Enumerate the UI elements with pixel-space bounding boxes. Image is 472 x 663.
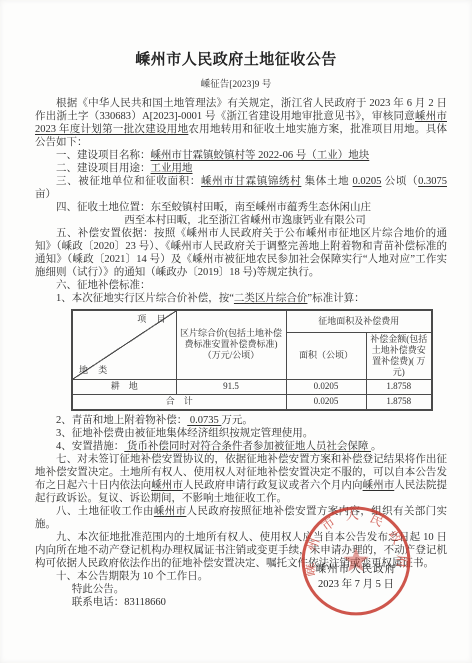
text-run: 。 [371, 441, 382, 452]
paragraph: 五、补偿安置依据：按照《嵊州市人民政府关于公布嵊州市征地区片综合地价的通知》（嵊… [35, 227, 447, 279]
underlined-text: 0.0735 [187, 415, 221, 426]
text-run: 一、建设项目名称： [56, 150, 151, 161]
announcement-document: 嵊州市人民政府土地征收公告 嵊征告[2023]9 号 根据《中华人民共和国土地管… [0, 0, 472, 663]
text-run: 集体土地 [301, 176, 352, 187]
total-area: 0.0205 [286, 394, 366, 410]
paragraph: 六、征地补偿标准： [35, 279, 447, 292]
document-title: 嵊州市人民政府土地征收公告 [0, 0, 472, 69]
paragraph: 3、征地补偿费由被征地集体经济组织按规定管理使用。 [35, 427, 447, 440]
corner-label-project: 项 目 [137, 314, 169, 325]
text-run: 十、本公告期限为 10 个工作日。 [56, 571, 208, 582]
signature-authority: 嵊州市人民政府 [276, 561, 436, 576]
text-run: 联系电话：83118660 [72, 597, 166, 608]
text-run: 四、征收土地位置：东至蛟镇村田畈，南至嵊州市蕴秀生态休闲山庄 [56, 202, 371, 213]
underlined-text: 嵊州市甘霖镇锦绣村 [201, 176, 301, 187]
cell-price: 91.5 [176, 379, 286, 394]
text-run: 亩） [35, 189, 56, 200]
total-amount: 1.8758 [366, 394, 432, 410]
underlined-text: 二类区片综合价 [234, 293, 308, 304]
cell-amount: 1.8758 [366, 379, 432, 394]
paragraph: 四、征收土地位置：东至蛟镇村田畈，南至嵊州市蕴秀生态休闲山庄 [35, 201, 447, 214]
total-label: 合 计 [72, 394, 286, 410]
cell-area: 0.0205 [286, 379, 366, 394]
paragraph: 4、安置措施： 货币补偿同时对符合条件者参加被征地人员社会保障 。 [35, 440, 447, 453]
table-row: 耕 地 91.5 0.0205 1.8758 [72, 379, 432, 394]
underlined-text: 嵊州市 [151, 480, 183, 491]
corner-label-landtype: 地 类 [79, 365, 111, 376]
table-corner-cell: 项 目 地 类 [72, 310, 176, 379]
underlined-text: 嵊州市 [363, 480, 395, 491]
text-run: 五、补偿安置依据：按照《嵊州市人民政府关于公布嵊州市征地区片综合地价的通知》（嵊… [35, 228, 447, 278]
paragraph: 1、本次征地实行区片综合价补偿，按“二类区片综合价”标准计算： [35, 292, 447, 305]
text-run: 3、征地补偿费由被征地集体经济组织按规定管理使用。 [56, 428, 313, 439]
underlined-text: 工业用地 [151, 163, 193, 174]
underlined-text: 货币补偿同时对符合条件者参加被征地人员社会保障 [124, 441, 371, 452]
area-column-header: 面积（公顷） [286, 332, 366, 379]
amount-column-header: 补偿金额(包括土地补偿费安置补偿费)( 万元) [366, 332, 432, 379]
text-run: 人民政府申请行政复议或者六个月内向 [183, 480, 363, 491]
paragraph: 二、建设项目用途：工业用地 [35, 162, 447, 175]
text-run: 三、被征地单位和征收面积： [56, 176, 201, 187]
text-run: 1、本次征地实行区片综合价补偿，按“ [56, 293, 234, 304]
text-run: 西至本村田畈，北至浙江省嵊州市逸康钙业有限公司 [124, 215, 366, 226]
text-run: 公顷（ [381, 176, 418, 187]
text-run: 六、征地补偿标准： [56, 280, 151, 291]
text-run: 特此公告。 [72, 584, 125, 595]
compensation-table: 项 目 地 类 区片综合价(包括土地补偿费标准安置补偿费标准)（万元/公顷） 征… [71, 309, 433, 411]
text-run: 2、青苗和地上附着物补偿： [56, 415, 187, 426]
text-run: 根据《中华人民共和国土地管理法》有关规定，浙江省人民政府于 2023 年 6 月… [35, 98, 447, 122]
underlined-text: 嵊州市 [154, 506, 187, 517]
text-run: 万元。 [221, 415, 253, 426]
underlined-text: 0.0205 [353, 176, 382, 187]
signature-date: 2023 年 7 月 5 日 [276, 576, 436, 591]
table-total-row: 合 计 0.0205 1.8758 [72, 394, 432, 410]
price-column-header: 区片综合价(包括土地补偿费标准安置补偿费标准)（万元/公顷） [176, 310, 286, 379]
paragraph: 一、建设项目名称：嵊州市甘霖镇蛟镇村等 2022-06 号（工业）地块 [35, 149, 447, 162]
text-run: 八、土地征收工作由 [56, 506, 154, 517]
document-number: 嵊征告[2023]9 号 [0, 76, 472, 90]
paragraph: 根据《中华人民共和国土地管理法》有关规定，浙江省人民政府于 2023 年 6 月… [35, 97, 447, 149]
underlined-text: 0.3075 [418, 176, 447, 187]
body-section-before-table: 根据《中华人民共和国土地管理法》有关规定，浙江省人民政府于 2023 年 6 月… [35, 97, 447, 305]
paragraph: 2、青苗和地上附着物补偿： 0.0735 万元。 [35, 414, 447, 427]
paragraph: 三、被征地单位和征收面积：嵊州市甘霖镇锦绣村 集体土地 0.0205 公顷（0.… [35, 175, 447, 201]
paragraph: 七、对未签订征地补偿安置协议的，依据征地补偿安置方案和补偿登记结果将作出征地补偿… [35, 453, 447, 505]
text-run: 二、建设项目用途： [56, 163, 151, 174]
group-header: 征地面积及补偿费用 [286, 310, 432, 332]
cell-category: 耕 地 [72, 379, 176, 394]
underlined-text: 嵊州市甘霖镇蛟镇村等 2022-06 号（工业）地块 [151, 150, 370, 161]
paragraph: 西至本村田畈，北至浙江省嵊州市逸康钙业有限公司 [35, 214, 447, 227]
text-run: ”标准计算： [307, 293, 364, 304]
text-run: 4、安置措施： [56, 441, 124, 452]
